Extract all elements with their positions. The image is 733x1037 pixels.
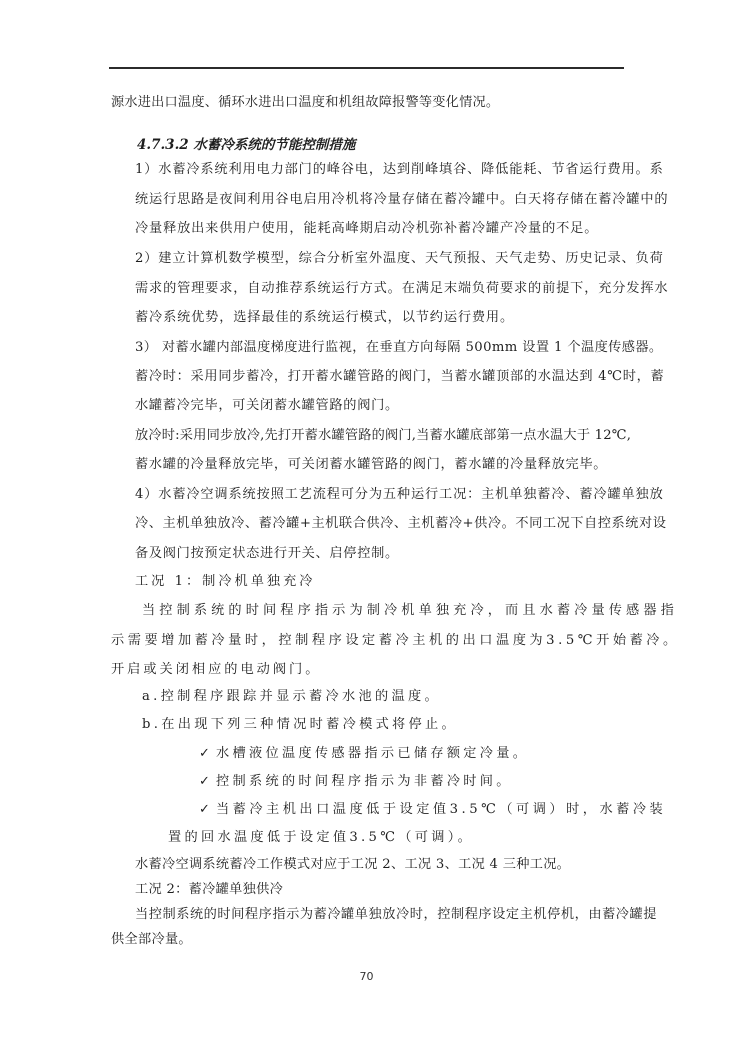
paragraph-line: 水蓄冷空调系统蓄冷工作模式对应于工况 2、工况 3、工况 4 三种工况。 <box>135 856 570 874</box>
paragraph-line: 冷、主机单独放冷、蓄冷罐+主机联合供冷、主机蓄冷+供冷。不同工况下自控系统对设 <box>135 515 666 533</box>
checkmark-icon: ✓ <box>199 745 216 763</box>
section-heading: 4.7.3.2 水蓄冷系统的节能控制措施 <box>137 136 355 154</box>
check-list-item: ✓当蓄冷主机出口温度低于设定值3.5℃（可调）时，水蓄冷装 <box>199 801 666 819</box>
paragraph-line: 当控制系统的时间程序指示为制冷机单独充冷，而且水蓄冷量传感器指 <box>142 602 678 620</box>
paragraph-line: 2）建立计算机数学模型，综合分析室外温度、天气预报、天气走势、历史记录、负荷 <box>135 250 664 268</box>
paragraph-line: 供全部冷量。 <box>111 931 192 949</box>
paragraph-line: 冷量释放出来供用户使用，能耗高峰期启动冷机弥补蓄冷罐产冷量的不足。 <box>135 220 598 238</box>
check-list-text: 水槽液位温度传感器指示已储存额定冷量。 <box>216 746 529 761</box>
check-list-item: ✓水槽液位温度传感器指示已储存额定冷量。 <box>199 745 529 763</box>
list-item-a: a.控制程序跟踪并显示蓄冷水池的温度。 <box>142 688 441 706</box>
check-list-text: 控制系统的时间程序指示为非蓄冷时间。 <box>216 774 513 789</box>
paragraph-line: 示需要增加蓄冷量时，控制程序设定蓄冷主机的出口温度为3.5℃开始蓄冷。 <box>111 632 680 650</box>
paragraph-line: 4）水蓄冷空调系统按照工艺流程可分为五种运行工况：主机单独蓄冷、蓄冷罐单独放 <box>135 486 664 504</box>
paragraph-line: 备及阀门按预定状态进行开关、启停控制。 <box>135 545 399 563</box>
document-page: 源水进出口温度、循环水进出口温度和机组故障报警等变化情况。 4.7.3.2 水蓄… <box>0 0 733 1037</box>
paragraph-line: 蓄冷系统优势，选择最佳的系统运行模式，以节约运行费用。 <box>135 309 514 327</box>
paragraph-line: 水罐蓄冷完毕，可关闭蓄水罐管路的阀门。 <box>135 397 399 415</box>
checkmark-icon: ✓ <box>199 773 216 791</box>
check-list-text: 当蓄冷主机出口温度低于设定值3.5℃（可调）时，水蓄冷装 <box>216 802 666 817</box>
paragraph-line: 置的回水温度低于设定值3.5℃（可调）。 <box>168 829 474 847</box>
paragraph-line: 需求的管理要求，自动推荐系统运行方式。在满足末端负荷要求的前提下，充分发挥水 <box>135 280 668 298</box>
paragraph-line: 放冷时:采用同步放冷,先打开蓄水罐管路的阀门,当蓄水罐底部第一点水温大于 12℃… <box>135 427 631 445</box>
page-number: 70 <box>0 970 733 983</box>
paragraph-line: 蓄水罐的冷量释放完毕，可关闭蓄水罐管路的阀门，蓄水罐的冷量释放完毕。 <box>135 456 607 474</box>
list-item-b: b.在出现下列三种情况时蓄冷模式将停止。 <box>142 716 458 734</box>
paragraph-line: 蓄冷时：采用同步蓄冷，打开蓄水罐管路的阀门，当蓄水罐顶部的水温达到 4℃时，蓄 <box>135 368 664 386</box>
paragraph-line: 源水进出口温度、循环水进出口温度和机组故障报警等变化情况。 <box>111 94 499 112</box>
paragraph-line: 当控制系统的时间程序指示为蓄冷罐单独放冷时，控制程序设定主机停机，由蓄冷罐提 <box>135 906 657 924</box>
subheading-mode-2: 工况 2：蓄冷罐单独供冷 <box>135 881 283 899</box>
paragraph-line: 开启或关闭相应的电动阀门。 <box>111 661 321 679</box>
paragraph-line: 1）水蓄冷系统利用电力部门的峰谷电，达到削峰填谷、降低能耗、节省运行费用。系 <box>135 161 664 179</box>
header-rule <box>109 67 624 69</box>
checkmark-icon: ✓ <box>199 801 216 819</box>
subheading-mode-1: 工况 1：制冷机单独充冷 <box>135 573 315 591</box>
paragraph-line: 3） 对蓄水罐内部温度梯度进行监视，在垂直方向每隔 500mm 设置 1 个温度… <box>135 339 663 357</box>
paragraph-line: 统运行思路是夜间利用谷电启用冷机将冷量存储在蓄冷罐中。白天将存储在蓄冷罐中的 <box>135 191 668 209</box>
check-list-item: ✓控制系统的时间程序指示为非蓄冷时间。 <box>199 773 513 791</box>
